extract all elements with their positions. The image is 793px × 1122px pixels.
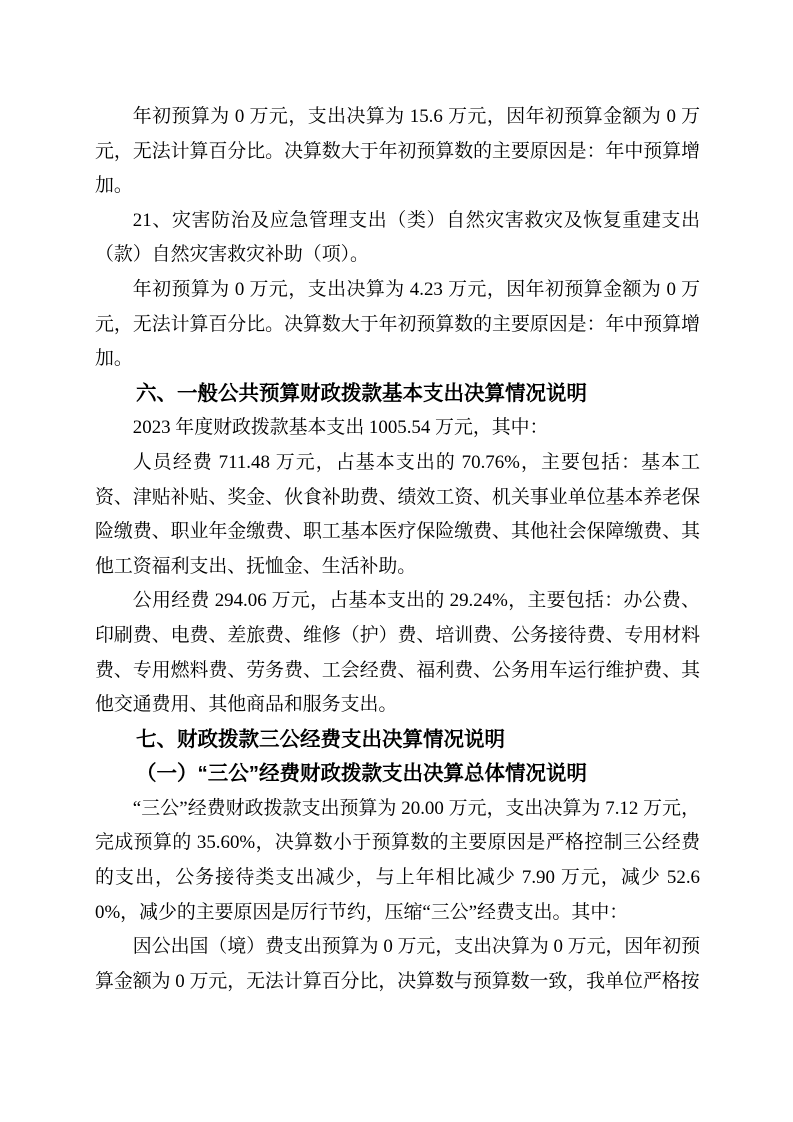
- document-page: 年初预算为 0 万元，支出决算为 15.6 万元，因年初预算金额为 0 万元，无…: [0, 0, 793, 1122]
- paragraph-budget-note-4-23: 年初预算为 0 万元，支出决算为 4.23 万元，因年初预算金额为 0 万元，无…: [95, 273, 700, 377]
- paragraph-public-funds: 公用经费 294.06 万元，占基本支出的 29.24%，主要包括：办公费、印刷…: [95, 584, 700, 722]
- paragraph-basic-expenditure-total: 2023 年度财政拨款基本支出 1005.54 万元，其中：: [95, 411, 700, 446]
- document-content: 年初预算为 0 万元，支出决算为 15.6 万元，因年初预算金额为 0 万元，无…: [95, 100, 700, 999]
- paragraph-overseas-travel-expense: 因公出国（境）费支出预算为 0 万元，支出决算为 0 万元，因年初预算金额为 0…: [95, 930, 700, 999]
- paragraph-budget-note-15-6: 年初预算为 0 万元，支出决算为 15.6 万元，因年初预算金额为 0 万元，无…: [95, 100, 700, 204]
- paragraph-three-public-expenses: “三公”经费财政拨款支出预算为 20.00 万元，支出决算为 7.12 万元，完…: [95, 792, 700, 930]
- paragraph-personnel-funds: 人员经费 711.48 万元，占基本支出的 70.76%，主要包括：基本工资、津…: [95, 446, 700, 584]
- section-heading-six: 六、一般公共预算财政拨款基本支出决算情况说明: [95, 377, 700, 412]
- subsection-heading-one: （一）“三公”经费财政拨款支出决算总体情况说明: [95, 757, 700, 792]
- paragraph-item-21-disaster-relief: 21、灾害防治及应急管理支出（类）自然灾害救灾及恢复重建支出（款）自然灾害救灾补…: [95, 204, 700, 273]
- section-heading-seven: 七、财政拨款三公经费支出决算情况说明: [95, 723, 700, 758]
